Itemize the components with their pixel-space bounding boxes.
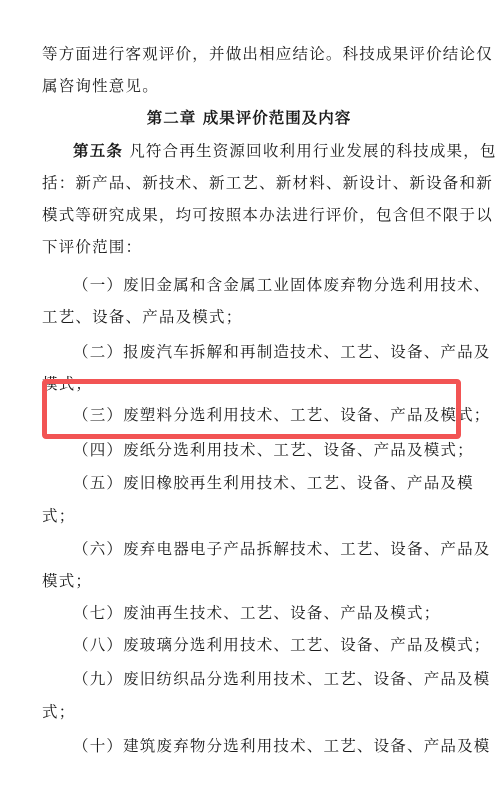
paragraph-line: 括：新产品、新技术、新工艺、新材料、新设计、新设备和新 xyxy=(42,173,493,193)
list-item: （四）废纸分选利用技术、工艺、设备、产品及模式； xyxy=(73,440,474,460)
paragraph-line: 等方面进行客观评价，并做出相应结论。科技成果评价结论仅 xyxy=(42,44,493,64)
list-item: （五）废旧橡胶再生利用技术、工艺、设备、产品及模 xyxy=(73,473,474,493)
list-item: （九）废旧纺织品分选利用技术、工艺、设备、产品及模 xyxy=(73,669,491,689)
list-item: （六）废弃电器电子产品拆解技术、工艺、设备、产品及 xyxy=(73,539,491,559)
list-item: （十）建筑废弃物分选利用技术、工艺、设备、产品及模 xyxy=(73,736,491,756)
list-item: （一）废旧金属和含金属工业固体废弃物分选利用技术、 xyxy=(73,275,491,295)
red-highlight-box xyxy=(42,379,461,439)
chapter-heading: 第二章 成果评价范围及内容 xyxy=(0,108,498,128)
paragraph-line: 下评价范围： xyxy=(42,237,142,257)
list-item: （二）报废汽车拆解和再制造技术、工艺、设备、产品及 xyxy=(73,342,491,362)
list-item: （七）废油再生技术、工艺、设备、产品及模式； xyxy=(73,603,440,623)
article-text: 凡符合再生资源回收利用行业发展的科技成果，包 xyxy=(123,142,497,160)
paragraph-line: 属咨询性意见。 xyxy=(42,76,159,96)
list-item-continuation: 式； xyxy=(42,702,75,722)
list-item-continuation: 式； xyxy=(42,506,75,526)
paragraph-line: 模式等研究成果，均可按照本办法进行评价，包含但不限于以 xyxy=(42,205,493,225)
article-label: 第五条 xyxy=(73,141,123,160)
list-item-continuation: 模式； xyxy=(42,571,92,591)
article-line: 第五条 凡符合再生资源回收利用行业发展的科技成果，包 xyxy=(73,141,497,161)
list-item: （八）废玻璃分选利用技术、工艺、设备、产品及模式； xyxy=(73,635,491,655)
list-item-continuation: 工艺、设备、产品及模式； xyxy=(42,307,242,327)
